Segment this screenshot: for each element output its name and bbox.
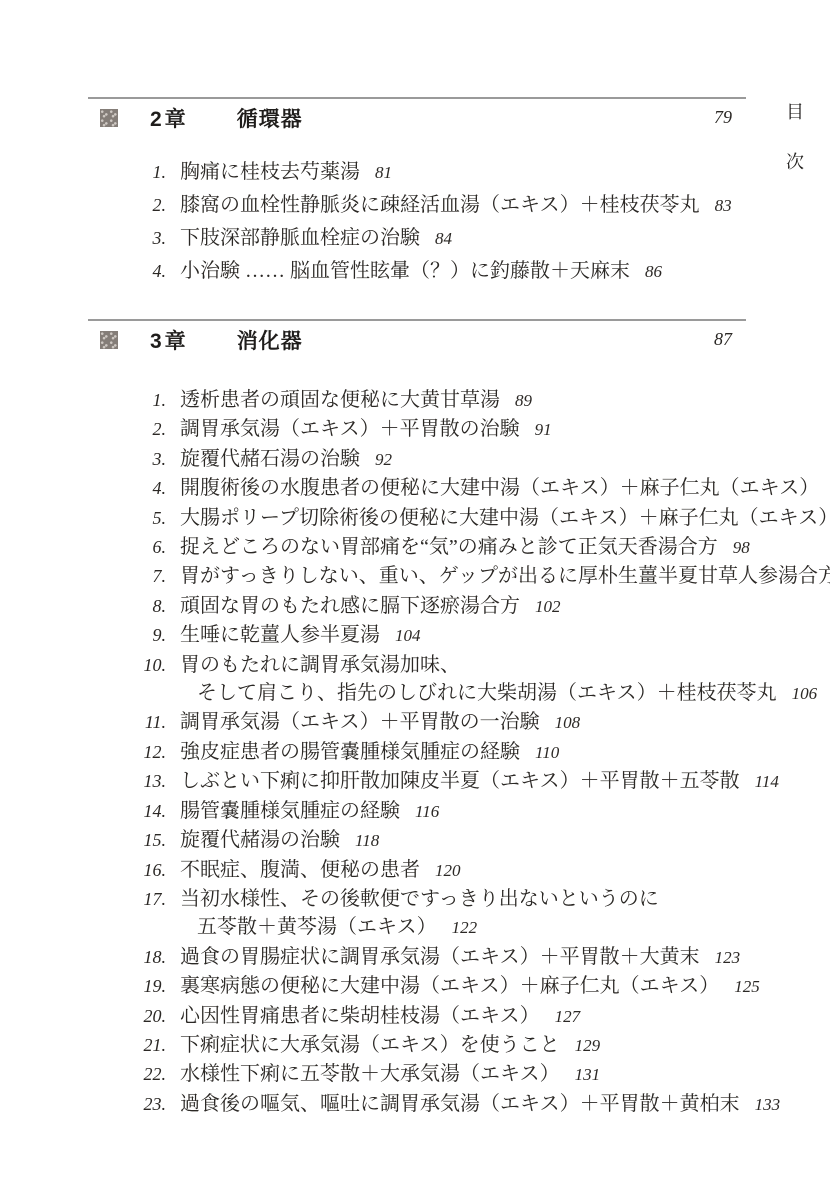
toc-entry: 3. 旋覆代赭石湯の治験92 <box>88 445 746 474</box>
toc-entry-title: 膝窩の血栓性静脈炎に疎経活血湯（エキス）＋桂枝茯苓丸 <box>180 194 700 216</box>
toc-entry-title: 生唾に乾薑人参半夏湯 <box>180 624 380 646</box>
toc-entry-page-number: 86 <box>645 262 662 281</box>
toc-entry-body: 不眠症、腹満、便秘の患者120 <box>166 856 746 885</box>
toc-entry-body: 過食の胃腸症状に調胃承気湯（エキス）＋平胃散＋大黄末123 <box>166 943 746 972</box>
toc-entry-page-number: 123 <box>715 948 741 967</box>
toc-entry-number: 1. <box>88 156 166 189</box>
toc-entry-title: しぶとい下痢に抑肝散加陳皮半夏（エキス）＋平胃散＋五苓散 <box>180 770 740 792</box>
chapter-title: 循環器 <box>237 103 303 133</box>
toc-entry-number: 3. <box>88 222 166 255</box>
chapter-marker-square-icon <box>100 109 118 127</box>
toc-entry-body: 当初水様性、その後軟便ですっきり出ないというのに五苓散＋黄芩湯（エキス）122 <box>166 885 746 943</box>
toc-entry-page-number: 118 <box>355 831 379 850</box>
toc-entry-number: 5. <box>88 504 166 532</box>
toc-entry-line: 調胃承気湯（エキス）＋平胃散の治験91 <box>180 415 746 444</box>
toc-entry-number: 15. <box>88 826 166 854</box>
toc-entry-page-number: 127 <box>555 1007 581 1026</box>
toc-entry-page-number: 104 <box>395 626 421 645</box>
toc-entry: 4. 小治験 …… 脳血管性眩暈（？）に釣藤散＋天麻末86 <box>88 255 746 288</box>
toc-entry: 22. 水様性下痢に五苓散＋大承気湯（エキス）131 <box>88 1060 746 1089</box>
toc-entry-number: 17. <box>88 885 166 913</box>
chapter-heading: 2章 循環器 79 <box>88 104 746 131</box>
toc-entry-line: 透析患者の頑固な便秘に大黄甘草湯89 <box>180 386 746 415</box>
toc-entry-line: 調胃承気湯（エキス）＋平胃散の一治験108 <box>180 708 746 737</box>
chapter-section: 3章 消化器 87 1. 透析患者の頑固な便秘に大黄甘草湯89 2. 調胃承気湯… <box>88 319 746 1119</box>
toc-entry-title: 捉えどころのない胃部痛を“気”の痛みと診て正気天香湯合方 <box>180 536 718 558</box>
toc-entry-line: 小治験 …… 脳血管性眩暈（？）に釣藤散＋天麻末86 <box>180 255 746 288</box>
toc-entry-line: そして肩こり、指先のしびれに大柴胡湯（エキス）＋桂枝茯苓丸106 <box>180 679 817 708</box>
chapter-number: 3章 <box>150 325 189 355</box>
toc-entry-title: 心因性胃痛患者に柴胡桂枝湯（エキス） <box>180 1005 540 1027</box>
toc-entry: 12. 強皮症患者の腸管嚢腫様気腫症の経験110 <box>88 738 746 767</box>
toc-entry-number: 2. <box>88 189 166 222</box>
toc-entry-line: しぶとい下痢に抑肝散加陳皮半夏（エキス）＋平胃散＋五苓散114 <box>180 767 779 796</box>
toc-entry-number: 1. <box>88 386 166 414</box>
toc-entry-page-number: 116 <box>415 802 439 821</box>
toc-entry-line: 下肢深部静脈血栓症の治験84 <box>180 222 746 255</box>
toc-entry-title: 開腹術後の水腹患者の便秘に大建中湯（エキス）＋麻子仁丸（エキス） <box>180 477 819 499</box>
toc-entry-line: 胃のもたれに調胃承気湯加味、 <box>180 651 817 679</box>
toc-entry-line: 捉えどころのない胃部痛を“気”の痛みと診て正気天香湯合方98 <box>180 533 750 562</box>
toc-entry-page-number: 106 <box>792 684 818 703</box>
toc-entry-title: 旋覆代赭石湯の治験 <box>180 448 360 470</box>
toc-entry-line: 水様性下痢に五苓散＋大承気湯（エキス）131 <box>180 1060 746 1089</box>
side-label-char-1: 目 <box>786 103 804 121</box>
toc-entry-number: 11. <box>88 708 166 736</box>
toc-entry-body: 腸管嚢腫様気腫症の経験116 <box>166 797 746 826</box>
toc-entry: 23. 過食後の嘔気、嘔吐に調胃承気湯（エキス）＋平胃散＋黄柏末133 <box>88 1090 746 1119</box>
toc-entry-title: 小治験 …… 脳血管性眩暈（？）に釣藤散＋天麻末 <box>180 260 630 282</box>
toc-entry-title: 下肢深部静脈血栓症の治験 <box>180 227 420 249</box>
toc-entry-body: 生唾に乾薑人参半夏湯104 <box>166 621 746 650</box>
chapter-divider-rule <box>88 97 746 99</box>
toc-entry-number: 10. <box>88 651 166 679</box>
toc-entry: 10. 胃のもたれに調胃承気湯加味、そして肩こり、指先のしびれに大柴胡湯（エキス… <box>88 651 746 709</box>
toc-entry-number: 2. <box>88 415 166 443</box>
toc-entry-page-number: 125 <box>734 977 760 996</box>
toc-entry-body: 旋覆代赭石湯の治験92 <box>166 445 746 474</box>
toc-entry: 2. 調胃承気湯（エキス）＋平胃散の治験91 <box>88 415 746 444</box>
toc-entry-page-number: 91 <box>535 420 552 439</box>
toc-entry-page-number: 92 <box>375 450 392 469</box>
toc-page: 2章 循環器 79 1. 胸痛に桂枝去芍薬湯81 2. 膝窩の血栓性静脈炎に疎経… <box>0 0 830 1178</box>
toc-entry-title: 過食の胃腸症状に調胃承気湯（エキス）＋平胃散＋大黄末 <box>180 946 700 968</box>
toc-content: 2章 循環器 79 1. 胸痛に桂枝去芍薬湯81 2. 膝窩の血栓性静脈炎に疎経… <box>88 97 746 1119</box>
toc-entry-title: 胃のもたれに調胃承気湯加味、 <box>180 654 460 676</box>
toc-entry-title: 調胃承気湯（エキス）＋平胃散の一治験 <box>180 711 540 733</box>
chapter-page-number: 87 <box>714 329 732 350</box>
chapter-marker-square-icon <box>100 331 118 349</box>
toc-entry-page-number: 133 <box>755 1095 781 1114</box>
toc-entry-title: 胃がすっきりしない、重い、ゲップが出るに厚朴生薑半夏甘草人参湯合方 <box>180 565 830 587</box>
toc-entry: 7. 胃がすっきりしない、重い、ゲップが出るに厚朴生薑半夏甘草人参湯合方100 <box>88 562 746 591</box>
toc-entry-title: 調胃承気湯（エキス）＋平胃散の治験 <box>180 418 520 440</box>
chapter-entry-list: 1. 透析患者の頑固な便秘に大黄甘草湯89 2. 調胃承気湯（エキス）＋平胃散の… <box>88 386 746 1119</box>
toc-entry: 18. 過食の胃腸症状に調胃承気湯（エキス）＋平胃散＋大黄末123 <box>88 943 746 972</box>
toc-entry-body: 過食後の嘔気、嘔吐に調胃承気湯（エキス）＋平胃散＋黄柏末133 <box>166 1090 780 1119</box>
toc-entry-line: 当初水様性、その後軟便ですっきり出ないというのに <box>180 885 746 913</box>
toc-entry-line: 不眠症、腹満、便秘の患者120 <box>180 856 746 885</box>
toc-entry-line: 五苓散＋黄芩湯（エキス）122 <box>180 913 746 942</box>
toc-entry: 4. 開腹術後の水腹患者の便秘に大建中湯（エキス）＋麻子仁丸（エキス）94 <box>88 474 746 503</box>
toc-entry-number: 3. <box>88 445 166 473</box>
chapter-number: 2章 <box>150 103 189 133</box>
toc-entry-body: 胃がすっきりしない、重い、ゲップが出るに厚朴生薑半夏甘草人参湯合方100 <box>166 562 830 591</box>
toc-side-label: 目 次 <box>786 103 804 171</box>
toc-entry-page-number: 98 <box>733 538 750 557</box>
toc-entry-body: 透析患者の頑固な便秘に大黄甘草湯89 <box>166 386 746 415</box>
toc-entry: 6. 捉えどころのない胃部痛を“気”の痛みと診て正気天香湯合方98 <box>88 533 746 562</box>
toc-entry-line: 旋覆代赭湯の治験118 <box>180 826 746 855</box>
toc-entry-body: 水様性下痢に五苓散＋大承気湯（エキス）131 <box>166 1060 746 1089</box>
chapter-page-number: 79 <box>714 107 732 128</box>
toc-entry-body: 下肢深部静脈血栓症の治験84 <box>166 222 746 255</box>
toc-entry: 16. 不眠症、腹満、便秘の患者120 <box>88 856 746 885</box>
toc-entry-number: 18. <box>88 943 166 971</box>
toc-entry-line: 強皮症患者の腸管嚢腫様気腫症の経験110 <box>180 738 746 767</box>
toc-entry-body: 捉えどころのない胃部痛を“気”の痛みと診て正気天香湯合方98 <box>166 533 750 562</box>
toc-entry-page-number: 110 <box>535 743 559 762</box>
toc-entry-title: 過食後の嘔気、嘔吐に調胃承気湯（エキス）＋平胃散＋黄柏末 <box>180 1093 740 1115</box>
toc-entry-body: 頑固な胃のもたれ感に膈下逐瘀湯合方102 <box>166 592 746 621</box>
toc-entry-number: 16. <box>88 856 166 884</box>
toc-entry-title: 透析患者の頑固な便秘に大黄甘草湯 <box>180 389 500 411</box>
toc-entry-number: 13. <box>88 767 166 795</box>
toc-entry: 3. 下肢深部静脈血栓症の治験84 <box>88 222 746 255</box>
toc-entry-title: そして肩こり、指先のしびれに大柴胡湯（エキス）＋桂枝茯苓丸 <box>197 682 777 704</box>
toc-entry-line: 開腹術後の水腹患者の便秘に大建中湯（エキス）＋麻子仁丸（エキス）94 <box>180 474 830 503</box>
toc-entry-number: 21. <box>88 1031 166 1059</box>
toc-entry-line: 旋覆代赭石湯の治験92 <box>180 445 746 474</box>
toc-entry-page-number: 108 <box>555 713 581 732</box>
toc-entry-line: 大腸ポリープ切除術後の便秘に大建中湯（エキス）＋麻子仁丸（エキス）96 <box>180 504 830 533</box>
toc-entry: 15. 旋覆代赭湯の治験118 <box>88 826 746 855</box>
toc-entry-title: 不眠症、腹満、便秘の患者 <box>180 859 420 881</box>
toc-entry-body: 胸痛に桂枝去芍薬湯81 <box>166 156 746 189</box>
toc-entry-title: 強皮症患者の腸管嚢腫様気腫症の経験 <box>180 741 520 763</box>
chapter-divider-rule <box>88 319 746 321</box>
chapter-heading: 3章 消化器 87 <box>88 326 746 353</box>
toc-entry-number: 19. <box>88 972 166 1000</box>
toc-entry-line: 過食の胃腸症状に調胃承気湯（エキス）＋平胃散＋大黄末123 <box>180 943 746 972</box>
toc-entry-title: 下痢症状に大承気湯（エキス）を使うこと <box>180 1034 560 1056</box>
toc-entry-page-number: 131 <box>575 1065 601 1084</box>
toc-entry-page-number: 84 <box>435 229 452 248</box>
toc-entry-body: 小治験 …… 脳血管性眩暈（？）に釣藤散＋天麻末86 <box>166 255 746 288</box>
toc-entry-body: 膝窩の血栓性静脈炎に疎経活血湯（エキス）＋桂枝茯苓丸83 <box>166 189 746 222</box>
toc-entry: 21. 下痢症状に大承気湯（エキス）を使うこと129 <box>88 1031 746 1060</box>
toc-entry-number: 22. <box>88 1060 166 1088</box>
toc-entry-line: 胃がすっきりしない、重い、ゲップが出るに厚朴生薑半夏甘草人参湯合方100 <box>180 562 830 591</box>
toc-entry-number: 6. <box>88 533 166 561</box>
toc-entry-number: 9. <box>88 621 166 649</box>
toc-entry-body: 調胃承気湯（エキス）＋平胃散の治験91 <box>166 415 746 444</box>
toc-entry-title: 水様性下痢に五苓散＋大承気湯（エキス） <box>180 1063 560 1085</box>
toc-entry-number: 7. <box>88 562 166 590</box>
toc-entry-number: 14. <box>88 797 166 825</box>
toc-entry-body: 調胃承気湯（エキス）＋平胃散の一治験108 <box>166 708 746 737</box>
toc-entry-title: 腸管嚢腫様気腫症の経験 <box>180 800 400 822</box>
toc-entry-page-number: 83 <box>715 196 732 215</box>
toc-entry: 14. 腸管嚢腫様気腫症の経験116 <box>88 797 746 826</box>
toc-entry-line: 心因性胃痛患者に柴胡桂枝湯（エキス）127 <box>180 1002 746 1031</box>
toc-entry: 19. 裏寒病態の便秘に大建中湯（エキス）＋麻子仁丸（エキス）125 <box>88 972 746 1001</box>
toc-entry-title: 五苓散＋黄芩湯（エキス） <box>197 916 437 938</box>
chapter-entry-list: 1. 胸痛に桂枝去芍薬湯81 2. 膝窩の血栓性静脈炎に疎経活血湯（エキス）＋桂… <box>88 156 746 288</box>
toc-entry-page-number: 120 <box>435 861 461 880</box>
side-label-char-2: 次 <box>786 153 804 171</box>
toc-entry-page-number: 129 <box>575 1036 601 1055</box>
toc-entry-title: 旋覆代赭湯の治験 <box>180 829 340 851</box>
toc-entry: 11. 調胃承気湯（エキス）＋平胃散の一治験108 <box>88 708 746 737</box>
toc-entry-line: 膝窩の血栓性静脈炎に疎経活血湯（エキス）＋桂枝茯苓丸83 <box>180 189 746 222</box>
toc-entry-title: 大腸ポリープ切除術後の便秘に大建中湯（エキス）＋麻子仁丸（エキス） <box>180 507 830 529</box>
toc-entry-body: 心因性胃痛患者に柴胡桂枝湯（エキス）127 <box>166 1002 746 1031</box>
toc-entry-body: 開腹術後の水腹患者の便秘に大建中湯（エキス）＋麻子仁丸（エキス）94 <box>166 474 830 503</box>
toc-entry-title: 頑固な胃のもたれ感に膈下逐瘀湯合方 <box>180 595 520 617</box>
toc-entry: 5. 大腸ポリープ切除術後の便秘に大建中湯（エキス）＋麻子仁丸（エキス）96 <box>88 504 746 533</box>
toc-entry-page-number: 81 <box>375 163 392 182</box>
toc-entry-page-number: 102 <box>535 597 561 616</box>
toc-entry-number: 4. <box>88 255 166 288</box>
toc-entry-body: 裏寒病態の便秘に大建中湯（エキス）＋麻子仁丸（エキス）125 <box>166 972 760 1001</box>
toc-entry: 8. 頑固な胃のもたれ感に膈下逐瘀湯合方102 <box>88 592 746 621</box>
toc-entry-line: 胸痛に桂枝去芍薬湯81 <box>180 156 746 189</box>
toc-entry: 1. 胸痛に桂枝去芍薬湯81 <box>88 156 746 189</box>
toc-entry-body: 強皮症患者の腸管嚢腫様気腫症の経験110 <box>166 738 746 767</box>
toc-entry-body: 胃のもたれに調胃承気湯加味、そして肩こり、指先のしびれに大柴胡湯（エキス）＋桂枝… <box>166 651 817 709</box>
toc-entry-number: 20. <box>88 1002 166 1030</box>
toc-entry-body: 大腸ポリープ切除術後の便秘に大建中湯（エキス）＋麻子仁丸（エキス）96 <box>166 504 830 533</box>
toc-entry-line: 腸管嚢腫様気腫症の経験116 <box>180 797 746 826</box>
toc-entry-page-number: 122 <box>452 918 478 937</box>
toc-entry-body: 下痢症状に大承気湯（エキス）を使うこと129 <box>166 1031 746 1060</box>
toc-entry-line: 過食後の嘔気、嘔吐に調胃承気湯（エキス）＋平胃散＋黄柏末133 <box>180 1090 780 1119</box>
toc-entry-page-number: 114 <box>755 772 779 791</box>
chapter-title: 消化器 <box>237 325 303 355</box>
toc-entry-body: しぶとい下痢に抑肝散加陳皮半夏（エキス）＋平胃散＋五苓散114 <box>166 767 779 796</box>
toc-entry-title: 胸痛に桂枝去芍薬湯 <box>180 161 360 183</box>
toc-entry-line: 裏寒病態の便秘に大建中湯（エキス）＋麻子仁丸（エキス）125 <box>180 972 760 1001</box>
toc-entry: 9. 生唾に乾薑人参半夏湯104 <box>88 621 746 650</box>
toc-entry: 13. しぶとい下痢に抑肝散加陳皮半夏（エキス）＋平胃散＋五苓散114 <box>88 767 746 796</box>
toc-entry-number: 12. <box>88 738 166 766</box>
toc-entry-number: 23. <box>88 1090 166 1118</box>
toc-entry-line: 生唾に乾薑人参半夏湯104 <box>180 621 746 650</box>
toc-entry-line: 下痢症状に大承気湯（エキス）を使うこと129 <box>180 1031 746 1060</box>
chapter-section: 2章 循環器 79 1. 胸痛に桂枝去芍薬湯81 2. 膝窩の血栓性静脈炎に疎経… <box>88 97 746 288</box>
toc-entry: 1. 透析患者の頑固な便秘に大黄甘草湯89 <box>88 386 746 415</box>
toc-entry: 17. 当初水様性、その後軟便ですっきり出ないというのに五苓散＋黄芩湯（エキス）… <box>88 885 746 943</box>
toc-entry-number: 4. <box>88 474 166 502</box>
toc-entry-body: 旋覆代赭湯の治験118 <box>166 826 746 855</box>
toc-entry-page-number: 89 <box>515 391 532 410</box>
toc-entry-number: 8. <box>88 592 166 620</box>
toc-entry: 20. 心因性胃痛患者に柴胡桂枝湯（エキス）127 <box>88 1002 746 1031</box>
toc-entry: 2. 膝窩の血栓性静脈炎に疎経活血湯（エキス）＋桂枝茯苓丸83 <box>88 189 746 222</box>
toc-entry-title: 裏寒病態の便秘に大建中湯（エキス）＋麻子仁丸（エキス） <box>180 975 719 997</box>
toc-entry-line: 頑固な胃のもたれ感に膈下逐瘀湯合方102 <box>180 592 746 621</box>
toc-entry-title: 当初水様性、その後軟便ですっきり出ないというのに <box>180 888 659 910</box>
